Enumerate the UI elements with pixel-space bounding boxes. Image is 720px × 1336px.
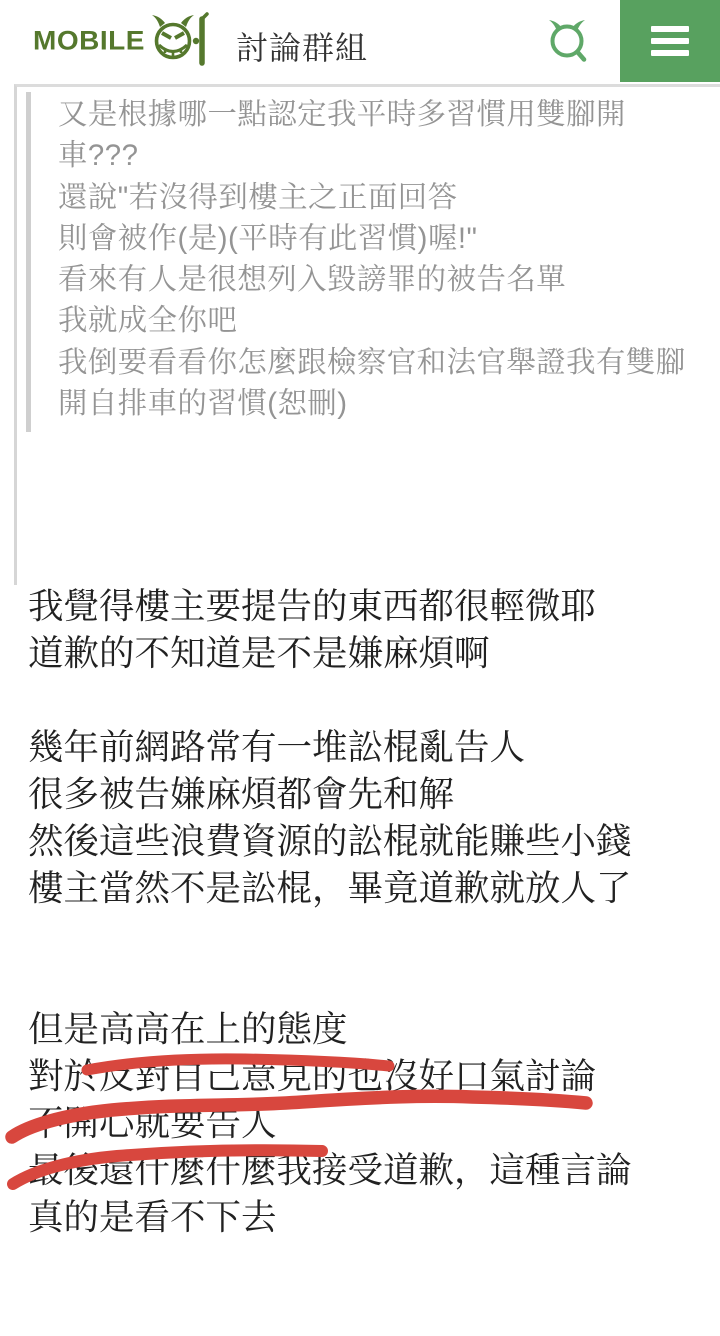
mobile01-logo[interactable]: MOBILE — [33, 10, 217, 72]
quote-line: 看來有人是很想列入毀謗罪的被告名單 — [58, 259, 690, 300]
hamburger-bar — [651, 50, 689, 56]
app-header: MOBILE — [0, 0, 720, 82]
quote-line: 我就成全你吧 — [58, 300, 690, 341]
post-line: 幾年前網路常有一堆訟棍亂告人 — [28, 724, 712, 771]
post-line: 樓主當然不是訟棍，畢竟道歉就放人了 — [28, 865, 712, 912]
page-title[interactable]: 討論群組 — [236, 23, 368, 69]
post-line: 真的是看不下去 — [28, 1194, 712, 1241]
quote-line: 我倒要看看你怎麼跟檢察官和法官舉證我有雙腳 — [58, 342, 690, 383]
blank-line — [28, 912, 712, 959]
search-icon[interactable] — [540, 10, 598, 72]
quoted-text-block: 又是根據哪一點認定我平時多習慣用雙腳開 車??? 還說"若沒得到樓主之正面回答 … — [26, 92, 696, 432]
devil-face-icon — [147, 10, 217, 72]
quote-line: 還說"若沒得到樓主之正面回答 — [58, 177, 690, 218]
hamburger-bar — [651, 38, 689, 44]
post-line: 道歉的不知道是不是嫌麻煩啊 — [28, 630, 712, 677]
post-line: 但是高高在上的態度 — [28, 1006, 712, 1053]
quote-line: 又是根據哪一點認定我平時多習慣用雙腳開 — [58, 94, 690, 135]
quote-line: 則會被作(是)(平時有此習慣)喔!" — [58, 218, 690, 259]
blank-line — [28, 959, 712, 1006]
quote-line: 車??? — [58, 135, 690, 176]
post-line: 對於反對自己意見的也沒好口氣討論 — [28, 1053, 712, 1100]
post-line: 我覺得樓主要提告的東西都很輕微耶 — [28, 583, 712, 630]
post-line: 不開心就要告人 — [28, 1100, 712, 1147]
post-line: 最後還什麼什麼我接受道歉，這種言論 — [28, 1147, 712, 1194]
logo-brand-text: MOBILE — [33, 26, 145, 57]
hamburger-menu-button[interactable] — [620, 0, 720, 82]
mobile01-forum-page: MOBILE — [0, 0, 720, 1336]
quote-line: 開自排車的習慣(恕刪) — [58, 383, 690, 424]
hamburger-bar — [651, 26, 689, 32]
blank-line — [28, 677, 712, 724]
post-body: 我覺得樓主要提告的東西都很輕微耶 道歉的不知道是不是嫌麻煩啊 幾年前網路常有一堆… — [28, 583, 712, 1241]
post-line: 然後這些浪費資源的訟棍就能賺些小錢 — [28, 818, 712, 865]
post-line: 很多被告嫌麻煩都會先和解 — [28, 771, 712, 818]
